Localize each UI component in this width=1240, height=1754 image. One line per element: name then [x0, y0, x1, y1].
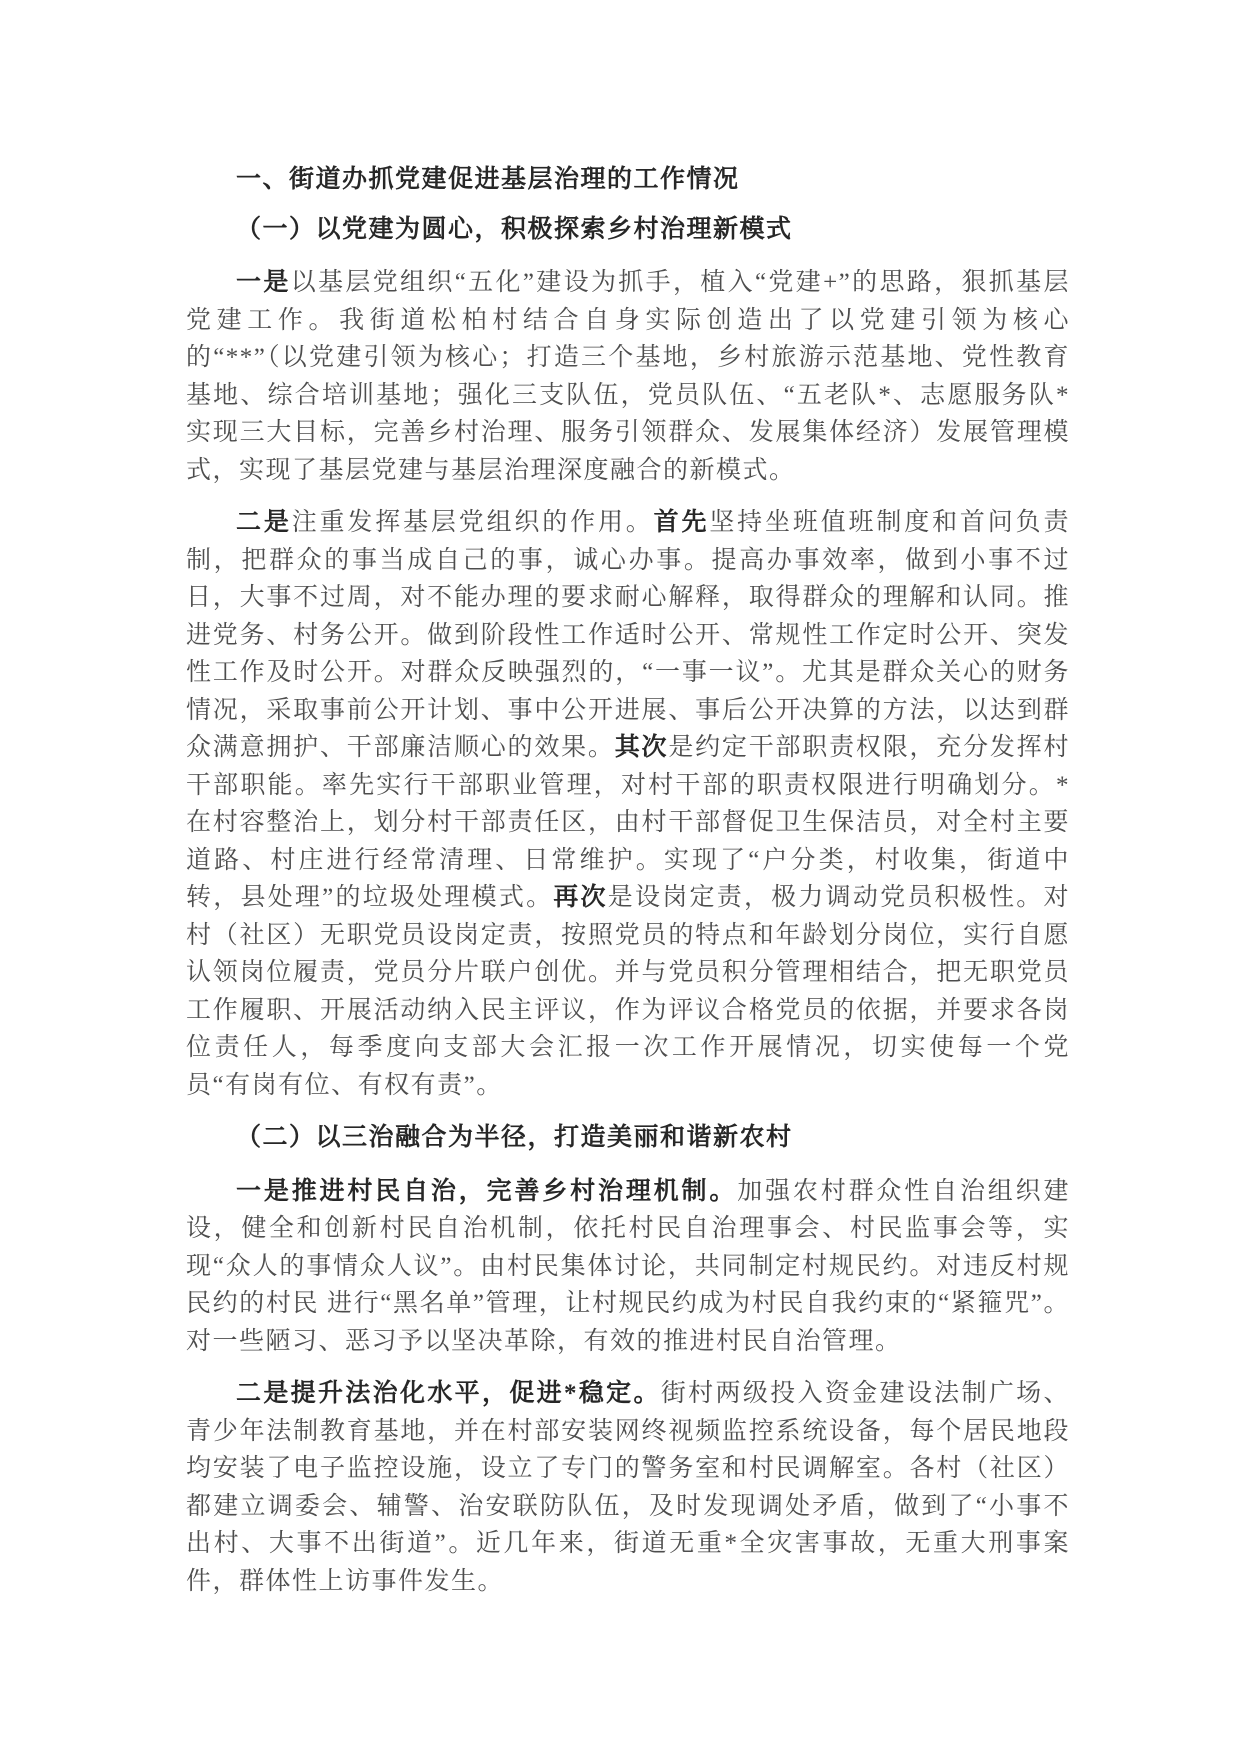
paragraph-2-run-7: 再次 [553, 884, 607, 911]
paragraph-2: 二是注重发挥基层党组织的作用。首先坚持坐班值班制度和首问负责制，把群众的事当成自… [186, 504, 1070, 1104]
paragraph-1: 一是以基层党组织“五化”建设为抓手，植入“党建+”的思路，狠抓基层党建工作。我街… [186, 264, 1070, 489]
subsection-heading-2-run-1: （二）以三治融合为半径，打造美丽和谐新农村 [236, 1124, 793, 1151]
document-page: 一、街道办抓党建促进基层治理的工作情况（一）以党建为圆心，积极探索乡村治理新模式… [0, 0, 1240, 1754]
section-heading-1: 一、街道办抓党建促进基层治理的工作情况 [186, 161, 1070, 199]
paragraph-3: 一是推进村民自治，完善乡村治理机制。加强农村群众性自治组织建设，健全和创新村民自… [186, 1173, 1070, 1361]
paragraph-2-run-3: 首先 [654, 509, 710, 536]
paragraph-2-run-1: 二是 [236, 509, 292, 536]
paragraph-4-run-1: 二是提升法治化水平，促进*稳定。 [236, 1380, 661, 1407]
paragraph-2-run-8: 是设岗定责，极力调动党员积极性。对村（社区）无职党员设岗定责，按照党员的特点和年… [186, 884, 1070, 1099]
paragraph-1-run-2: 以基层党组织“五化”建设为抓手，植入“党建+”的思路，狠抓基层党建工作。我街道松… [186, 269, 1070, 484]
paragraph-2-run-5: 其次 [615, 734, 669, 761]
paragraph-4: 二是提升法治化水平，促进*稳定。街村两级投入资金建设法制广场、青少年法制教育基地… [186, 1375, 1070, 1600]
paragraph-2-run-2: 注重发挥基层党组织的作用。 [292, 509, 654, 536]
paragraph-2-run-4: 坚持坐班值班制度和首问负责制，把群众的事当成自己的事，诚心办事。提高办事效率，做… [186, 509, 1070, 761]
document-body: 一、街道办抓党建促进基层治理的工作情况（一）以党建为圆心，积极探索乡村治理新模式… [186, 161, 1070, 1600]
paragraph-1-run-1: 一是 [236, 269, 291, 296]
subsection-heading-1-run-1: （一）以党建为圆心，积极探索乡村治理新模式 [236, 216, 793, 243]
subsection-heading-2: （二）以三治融合为半径，打造美丽和谐新农村 [186, 1119, 1070, 1157]
subsection-heading-1: （一）以党建为圆心，积极探索乡村治理新模式 [186, 211, 1070, 249]
paragraph-4-run-2: 街村两级投入资金建设法制广场、青少年法制教育基地，并在村部安装网终视频监控系统设… [186, 1380, 1070, 1595]
section-heading-1-run-1: 一、街道办抓党建促进基层治理的工作情况 [236, 166, 740, 193]
paragraph-3-run-1: 一是推进村民自治，完善乡村治理机制。 [236, 1178, 737, 1205]
